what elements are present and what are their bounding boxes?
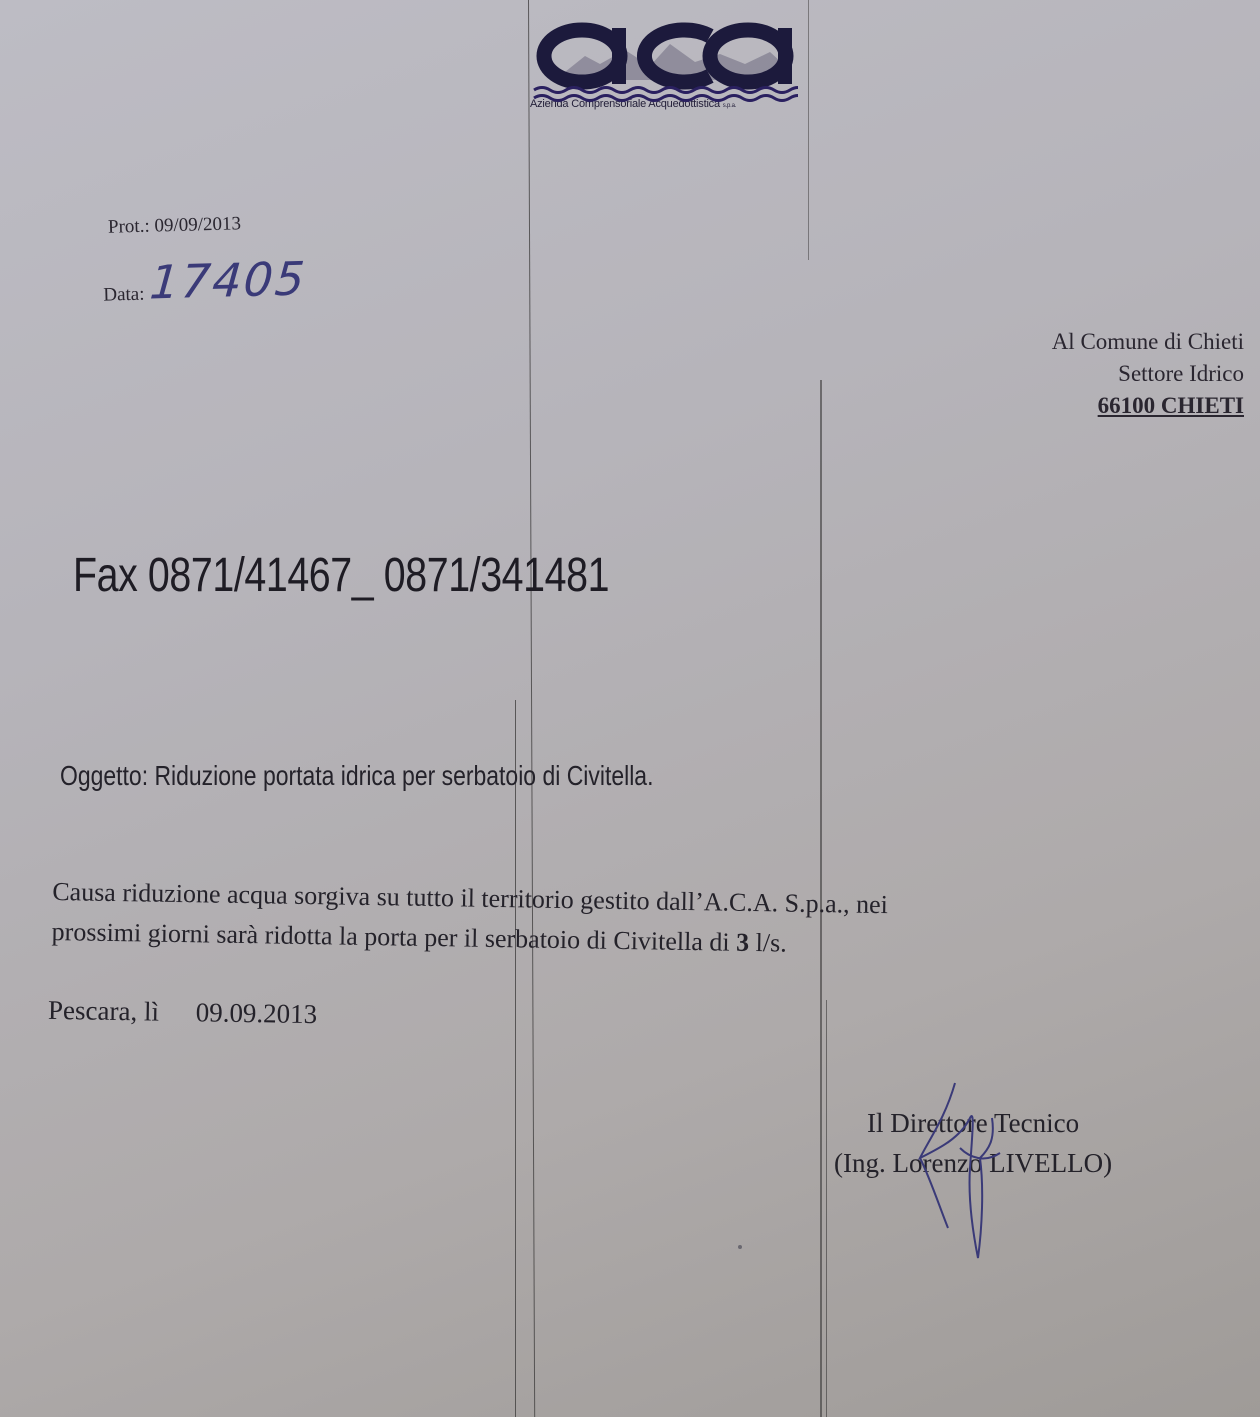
fold-line [528,0,535,1417]
fax-numbers: Fax 0871/41467_ 0871/341481 [73,548,609,603]
aca-wave-mountain-icon [530,14,798,110]
data-label: Data: [103,284,145,307]
paper-speck [738,1245,742,1249]
handwritten-number: 17405 [148,255,308,305]
subject-line: Oggetto: Riduzione portata idrica per se… [60,760,653,792]
prot-label: Prot.: [108,216,150,238]
fold-line [826,1000,827,1417]
date: 09.09.2013 [195,997,317,1029]
recipient-line-1: Al Comune di Chieti [1052,326,1244,358]
body-text: Causa riduzione acqua sorgiva su tutto i… [51,872,888,965]
protocol-line: Prot.: 09/09/2013 [108,213,242,238]
recipient-line-2: Settore Idrico [1052,358,1244,390]
date-line: Data: 17405 [102,255,307,306]
logo-wordmark [530,14,798,94]
recipient-address: Al Comune di Chieti Settore Idrico 66100… [1052,326,1244,422]
fold-line [515,700,516,1417]
aca-logo: Azienda Comprensoriale Acquedottistica s… [530,14,798,110]
place: Pescara, lì [48,995,159,1027]
handwritten-signature-icon [900,1078,1010,1268]
prot-value: 09/09/2013 [154,213,241,236]
recipient-line-3: 66100 CHIETI [1052,390,1244,422]
place-date: Pescara, lì 09.09.2013 [48,995,318,1030]
fold-line [808,0,809,260]
